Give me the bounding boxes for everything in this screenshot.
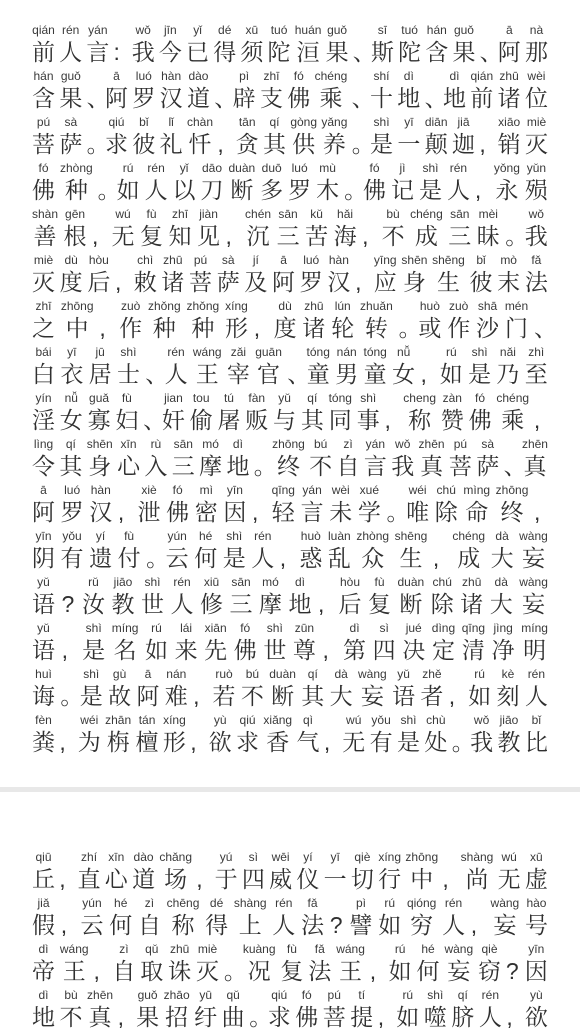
hanzi-text: 语 xyxy=(32,590,55,619)
pinyin-text: xīn xyxy=(108,850,124,865)
punctuation-text: 、 xyxy=(480,38,494,67)
ruby-token: pú菩 xyxy=(32,115,55,159)
pinyin-text: zūn xyxy=(295,621,314,636)
hanzi-text: 檀 xyxy=(136,728,159,757)
hanzi-text: 是 xyxy=(419,176,442,205)
ruby-token: dāo刀 xyxy=(201,161,224,205)
hanzi-text: 汉 xyxy=(327,268,350,297)
pinyin-text: yǔ xyxy=(397,667,410,682)
ruby-token: mén门 xyxy=(505,299,528,343)
pinyin-text: rú xyxy=(446,345,457,360)
ruby-token: xíng形 xyxy=(163,713,186,757)
pinyin-text: zhuǎn xyxy=(360,299,393,314)
pinyin-text: chú xyxy=(433,575,452,590)
ruby-token: yǐ已 xyxy=(186,23,209,67)
ruby-token: chú除 xyxy=(431,575,454,619)
pinyin-text: dào xyxy=(134,850,154,865)
hanzi-text: 云 xyxy=(80,911,103,940)
hanzi-text: 欲 xyxy=(525,1003,548,1031)
hanzi-text: 摩 xyxy=(199,452,222,481)
hanzi-text: 礼 xyxy=(160,130,183,159)
pinyin-text: zhēn xyxy=(522,437,548,452)
pinyin-text: xū xyxy=(246,23,259,38)
punct-token: 、 xyxy=(504,437,518,481)
hanzi-text: 种 xyxy=(153,314,176,343)
ruby-token: jué决 xyxy=(402,621,425,665)
punctuation-text: , xyxy=(449,682,463,711)
ruby-token: qí其 xyxy=(301,391,324,435)
hanzi-text: 因 xyxy=(223,498,246,527)
punctuation-text: , xyxy=(479,130,493,159)
pinyin-text: shēng xyxy=(432,253,465,268)
pinyin-text: luàn xyxy=(328,529,351,544)
ruby-token: yī一 xyxy=(397,115,420,159)
ruby-token: dìng定 xyxy=(432,621,455,665)
pinyin-text: qián xyxy=(470,69,493,84)
pinyin-text: yǔn xyxy=(527,161,546,176)
ruby-token: nǚ女 xyxy=(392,345,415,389)
hanzi-text: 童 xyxy=(364,360,387,389)
pinyin-text: zhí xyxy=(81,850,97,865)
punctuation-text: 。 xyxy=(452,728,466,757)
pinyin-text: zǎi xyxy=(231,345,246,360)
punctuation-text: 。 xyxy=(386,498,400,527)
ruby-token: wú无 xyxy=(112,207,135,251)
ruby-token: hé何 xyxy=(194,529,217,573)
ruby-token: sān三 xyxy=(230,575,253,619)
ruby-token: xū虚 xyxy=(525,850,548,894)
ruby-token: yín淫 xyxy=(32,391,55,435)
ruby-token: bú不 xyxy=(309,437,332,481)
hanzi-text: 断 xyxy=(230,176,253,205)
hanzi-text: 木 xyxy=(316,176,339,205)
ruby-token: rén人 xyxy=(447,161,470,205)
hanzi-text: 奸 xyxy=(162,406,185,435)
pinyin-text: fù xyxy=(124,529,134,544)
hanzi-text: 取 xyxy=(140,957,163,986)
ruby-token: tuó陀 xyxy=(268,23,291,67)
pinyin-text: nǚ xyxy=(65,391,78,406)
hanzi-text: 决 xyxy=(402,636,425,665)
pinyin-text: shì xyxy=(360,391,376,406)
punct-token: , xyxy=(118,988,132,1031)
punctuation-text: 、 xyxy=(143,406,157,435)
pinyin-text: chàn xyxy=(187,115,213,130)
ruby-token: shì是 xyxy=(82,621,105,665)
pinyin-text: wàng xyxy=(491,896,520,911)
ruby-token: hàn汉 xyxy=(327,253,350,297)
hanzi-text: 罗 xyxy=(300,268,323,297)
pinyin-text: qiú xyxy=(271,988,287,1003)
hanzi-text: 含 xyxy=(32,84,55,113)
ruby-token: yún云 xyxy=(166,529,189,573)
hanzi-text: 菩 xyxy=(32,130,55,159)
hanzi-text: 地 xyxy=(32,1003,55,1031)
punctuation-text: , xyxy=(118,498,132,527)
pinyin-text: wǒ xyxy=(395,437,410,452)
pinyin-text: tān xyxy=(239,115,256,130)
ruby-token: shàng尚 xyxy=(461,850,494,894)
punct-token: , xyxy=(99,299,113,343)
pinyin-text: wǒ xyxy=(529,207,544,222)
ruby-token: zūn尊 xyxy=(293,621,316,665)
ruby-token: zhū诛 xyxy=(168,942,191,986)
hanzi-text: 善 xyxy=(34,222,57,251)
hanzi-text: 号 xyxy=(525,911,548,940)
pinyin-text: shàng xyxy=(461,850,494,865)
ruby-token: wǒ我 xyxy=(391,437,414,481)
pinyin-text: mù xyxy=(319,161,336,176)
pinyin-text: dì xyxy=(38,988,48,1003)
ruby-token: ruò若 xyxy=(213,667,236,711)
punctuation-text: 。 xyxy=(254,452,268,481)
ruby-line: qiū丘,zhí直xīn心dào道chǎng场,yú于sì四wēi威yí仪yī一… xyxy=(32,848,548,894)
pinyin-text: bǐ xyxy=(532,713,541,728)
punct-token: 、 xyxy=(145,345,159,389)
ruby-token: wèi位 xyxy=(525,69,548,113)
ruby-token: sà萨 xyxy=(476,437,499,481)
ruby-token: zhōng中 xyxy=(405,850,438,894)
hanzi-text: 明 xyxy=(523,636,546,665)
pinyin-text: lún xyxy=(335,299,351,314)
pinyin-text: sān xyxy=(231,575,250,590)
hanzi-text: 迦 xyxy=(452,130,475,159)
pinyin-text: sà xyxy=(64,115,77,130)
punctuation-text: , xyxy=(59,865,73,894)
pinyin-text: huò xyxy=(301,529,321,544)
ruby-token: zhòng种 xyxy=(60,161,93,205)
hanzi-text: 后 xyxy=(87,268,110,297)
hanzi-text: 直 xyxy=(78,865,101,894)
ruby-token: zhōng中 xyxy=(61,299,94,343)
pinyin-text: wǒ xyxy=(474,713,489,728)
pinyin-text: zhōng xyxy=(61,299,94,314)
ruby-token: ā阿 xyxy=(272,253,295,297)
hanzi-text: 妄 xyxy=(447,957,470,986)
punctuation-text: 、 xyxy=(87,84,101,113)
hanzi-text: 曲 xyxy=(222,1003,245,1031)
ruby-token: xū须 xyxy=(240,23,263,67)
ruby-token: jīn今 xyxy=(159,23,182,67)
ruby-token: zhēn真 xyxy=(522,437,548,481)
pinyin-text: rén xyxy=(482,988,499,1003)
pinyin-text: luó xyxy=(292,161,308,176)
ruby-token: zhì至 xyxy=(525,345,548,389)
hanzi-text: 昧 xyxy=(477,222,500,251)
pinyin-text: qiú xyxy=(108,115,124,130)
pinyin-text: dà xyxy=(495,575,508,590)
ruby-token: kuàng况 xyxy=(243,942,276,986)
punct-token: , xyxy=(322,621,336,665)
pinyin-text: qí xyxy=(269,115,279,130)
hanzi-text: 人 xyxy=(479,1003,502,1031)
hanzi-text: 真 xyxy=(420,452,443,481)
ruby-token: fó佛 xyxy=(295,988,318,1031)
ruby-token: fó佛 xyxy=(234,621,257,665)
pinyin-text: tuó xyxy=(401,23,418,38)
hanzi-text: 无 xyxy=(498,865,521,894)
pinyin-text: pì xyxy=(239,69,249,84)
ruby-token: wáng王 xyxy=(193,345,222,389)
pinyin-text: chēng xyxy=(167,896,200,911)
ruby-token: dì地 xyxy=(443,69,466,113)
pinyin-text: jiāo xyxy=(500,713,519,728)
hanzi-text: 灭 xyxy=(525,130,548,159)
ruby-token: zhāo招 xyxy=(164,988,190,1031)
ruby-token: fù妇 xyxy=(115,391,138,435)
ruby-token: wǒ我 xyxy=(525,207,548,251)
pinyin-text: wáng xyxy=(193,345,222,360)
ruby-token: yù欲 xyxy=(525,988,548,1031)
punctuation-text: 。 xyxy=(352,130,366,159)
pinyin-text: sān xyxy=(278,207,297,222)
hanzi-text: 童 xyxy=(307,360,330,389)
pinyin-text: rén xyxy=(173,575,190,590)
punct-token: , xyxy=(280,529,294,573)
hanzi-text: 刻 xyxy=(497,682,520,711)
punct-token: , xyxy=(190,713,204,757)
hanzi-text: 沙 xyxy=(476,314,499,343)
pinyin-text: qián xyxy=(32,23,55,38)
hanzi-text: 阿 xyxy=(136,682,159,711)
pinyin-text: yīn xyxy=(35,529,51,544)
pinyin-text: tou xyxy=(193,391,210,406)
pinyin-text: jīn xyxy=(164,23,177,38)
punct-token: , xyxy=(196,850,210,894)
hanzi-text: 其 xyxy=(301,406,324,435)
hanzi-text: 衣 xyxy=(60,360,83,389)
hanzi-text: 摩 xyxy=(259,590,282,619)
ruby-token: lìng令 xyxy=(32,437,55,481)
punct-token: , xyxy=(118,483,132,527)
hanzi-text: 佛 xyxy=(363,176,386,205)
ruby-token: rú如 xyxy=(389,942,412,986)
pinyin-text: duō xyxy=(262,161,282,176)
ruby-token: wèi未 xyxy=(329,483,352,527)
pinyin-text: qí xyxy=(458,988,468,1003)
hanzi-text: 栴 xyxy=(107,728,130,757)
hanzi-text: 敕 xyxy=(134,268,157,297)
pinyin-text: dì xyxy=(404,69,414,84)
pinyin-text: dì xyxy=(449,69,459,84)
ruby-token: wàng妄 xyxy=(491,896,520,940)
ruby-token: yīn阴 xyxy=(32,529,55,573)
hanzi-text: 人 xyxy=(171,590,194,619)
pinyin-text: qǔ xyxy=(145,942,158,957)
hanzi-text: 密 xyxy=(195,498,218,527)
hanzi-text: 世 xyxy=(263,636,286,665)
hanzi-text: 及 xyxy=(244,268,267,297)
pinyin-text: zhōng xyxy=(272,437,305,452)
hanzi-text: 罗 xyxy=(288,176,311,205)
pinyin-text: gù xyxy=(113,667,126,682)
ruby-token: mó摩 xyxy=(259,575,282,619)
ruby-token: rǔ汝 xyxy=(82,575,105,619)
hanzi-text: 地 xyxy=(397,84,420,113)
hanzi-text: 佛 xyxy=(166,498,189,527)
ruby-token: lún轮 xyxy=(331,299,354,343)
ruby-token: zhòng众 xyxy=(356,529,389,573)
ruby-token: bái白 xyxy=(32,345,55,389)
pinyin-text: pú xyxy=(454,437,467,452)
ruby-token: shì是 xyxy=(419,161,442,205)
pinyin-text: mó xyxy=(202,437,219,452)
punct-token: , xyxy=(479,115,493,159)
ruby-token: wéi为 xyxy=(78,713,101,757)
hanzi-text: 得 xyxy=(205,911,228,940)
hanzi-text: 故 xyxy=(108,682,131,711)
ruby-token: tuó陀 xyxy=(398,23,421,67)
pinyin-text: yǒu xyxy=(371,713,390,728)
hanzi-text: 何 xyxy=(417,957,440,986)
pinyin-text: bǐ xyxy=(139,115,148,130)
hanzi-text: 如 xyxy=(117,176,140,205)
pinyin-text: zhēn xyxy=(87,988,113,1003)
ruby-token: chú除 xyxy=(435,483,458,527)
pinyin-text: cheng xyxy=(403,391,436,406)
ruby-token: zhī知 xyxy=(169,207,192,251)
ruby-token: chàn忏 xyxy=(187,115,213,159)
ruby-token: luó罗 xyxy=(132,69,155,113)
ruby-token: zàn赞 xyxy=(441,391,464,435)
hanzi-text: 陀 xyxy=(398,38,421,67)
hanzi-text: 应 xyxy=(374,268,397,297)
ruby-token: qiè切 xyxy=(351,850,374,894)
pinyin-text: nán xyxy=(166,667,186,682)
ruby-token: hán含 xyxy=(32,69,55,113)
hanzi-text: 是 xyxy=(468,360,491,389)
hanzi-text: 阿 xyxy=(105,84,128,113)
hanzi-text: 寡 xyxy=(88,406,111,435)
hanzi-text: 世 xyxy=(141,590,164,619)
pinyin-text: kǔ xyxy=(310,207,323,222)
pinyin-text: zhāo xyxy=(164,988,190,1003)
ruby-token: jiā迦 xyxy=(452,115,475,159)
ruby-token: wáng王 xyxy=(336,942,365,986)
ruby-token: qiè窃 xyxy=(478,942,501,986)
punct-token: , xyxy=(442,850,456,894)
ruby-line: shàn善gēn根,wú无fù复zhī知jiàn见,chén沉sān三kǔ苦hǎ… xyxy=(32,205,548,251)
ruby-token: qiú求 xyxy=(105,115,128,159)
ruby-token: zuò作 xyxy=(447,299,470,343)
hanzi-text: 人 xyxy=(145,176,168,205)
ruby-line: pú菩sà萨。qiú求bǐ彼lǐ礼chàn忏,tān贪qí其gòng供yǎng养… xyxy=(32,113,548,159)
ruby-token: wàng妄 xyxy=(519,575,548,619)
punctuation-text: , xyxy=(99,314,113,343)
pinyin-text: shì xyxy=(226,529,242,544)
punct-token: 。 xyxy=(98,161,112,205)
hanzi-text: 无 xyxy=(342,728,365,757)
ruby-token: chéng乘 xyxy=(496,391,529,435)
punctuation-text: 。 xyxy=(344,176,358,205)
ruby-token: fàn贩 xyxy=(245,391,268,435)
hanzi-text: 永 xyxy=(495,176,518,205)
ruby-token: bǐ彼 xyxy=(469,253,492,297)
punct-token: , xyxy=(318,575,332,619)
punctuation-text: 。 xyxy=(249,1003,263,1031)
ruby-token: shì是 xyxy=(397,713,420,757)
punctuation-text: 、 xyxy=(287,360,301,389)
hanzi-text: 刀 xyxy=(201,176,224,205)
ruby-token: qiú求 xyxy=(236,713,259,757)
hanzi-text: 断 xyxy=(271,682,294,711)
punct-token: 、 xyxy=(143,391,157,435)
ruby-token: míng名 xyxy=(112,621,139,665)
pinyin-text: rǔ xyxy=(88,575,99,590)
ruby-token: mèi昧 xyxy=(477,207,500,251)
hanzi-text: 人 xyxy=(165,360,188,389)
punct-token: 、 xyxy=(353,23,367,67)
hanzi-text: 士 xyxy=(117,360,140,389)
pinyin-text: luó xyxy=(64,483,80,498)
hanzi-text: 一 xyxy=(397,130,420,159)
pinyin-text: qí xyxy=(308,667,318,682)
ruby-token: yù欲 xyxy=(209,713,232,757)
pinyin-text: shàng xyxy=(234,896,267,911)
ruby-token: hǎi海 xyxy=(334,207,357,251)
hanzi-text: 难 xyxy=(165,682,188,711)
punct-token: , xyxy=(92,207,106,251)
hanzi-text: 罗 xyxy=(132,84,155,113)
hanzi-text: 人 xyxy=(442,911,465,940)
ruby-token: qí其 xyxy=(263,115,286,159)
pinyin-text: yī xyxy=(404,115,413,130)
ruby-token: wēi威 xyxy=(269,850,292,894)
pinyin-text: yǒng xyxy=(494,161,520,176)
pinyin-text: chéng xyxy=(496,391,529,406)
punct-token: , xyxy=(59,713,73,757)
hanzi-text: 于 xyxy=(215,865,238,894)
pinyin-text: wáng xyxy=(336,942,365,957)
hanzi-text: 气 xyxy=(296,728,319,757)
punct-token: 。 xyxy=(452,713,466,757)
punctuation-text: , xyxy=(324,728,338,757)
hanzi-text: 比 xyxy=(525,728,548,757)
pinyin-text: zhū xyxy=(462,575,481,590)
ruby-token: qì气 xyxy=(296,713,319,757)
hanzi-text: 如 xyxy=(145,636,168,665)
ruby-token: xiāo销 xyxy=(498,115,521,159)
pinyin-text: rén xyxy=(450,161,467,176)
ruby-token: fó佛 xyxy=(469,391,492,435)
pinyin-text: zhī xyxy=(172,207,188,222)
hanzi-text: 佛 xyxy=(287,84,310,113)
ruby-line: dì帝wáng王,zì自qǔ取zhū诛miè灭。kuàng况fù复fǎ法wáng… xyxy=(32,940,548,986)
punctuation-text: 、 xyxy=(352,84,366,113)
hanzi-text: 提 xyxy=(350,1003,373,1031)
hanzi-text: 种 xyxy=(65,176,88,205)
pinyin-text: yù xyxy=(214,713,227,728)
pinyin-text: zhòng xyxy=(60,161,93,176)
pinyin-text: mò xyxy=(500,253,517,268)
hanzi-text: 形 xyxy=(163,728,186,757)
hanzi-text: 是 xyxy=(370,130,393,159)
ruby-token: ā阿 xyxy=(136,667,159,711)
punctuation-text: , xyxy=(280,544,294,573)
ruby-token: hán含 xyxy=(425,23,448,67)
ruby-token: dì地 xyxy=(32,988,55,1031)
ruby-token: ā阿 xyxy=(105,69,128,113)
punct-token: 、 xyxy=(87,69,101,113)
pinyin-text: qí xyxy=(66,437,76,452)
hanzi-text: 居 xyxy=(89,360,112,389)
punct-token: 、 xyxy=(480,23,494,67)
ruby-token: nán难 xyxy=(165,667,188,711)
pinyin-text: miè xyxy=(198,942,217,957)
hanzi-text: 人 xyxy=(272,911,295,940)
pinyin-text: fù xyxy=(147,207,157,222)
pinyin-text: xiǎng xyxy=(263,713,292,728)
